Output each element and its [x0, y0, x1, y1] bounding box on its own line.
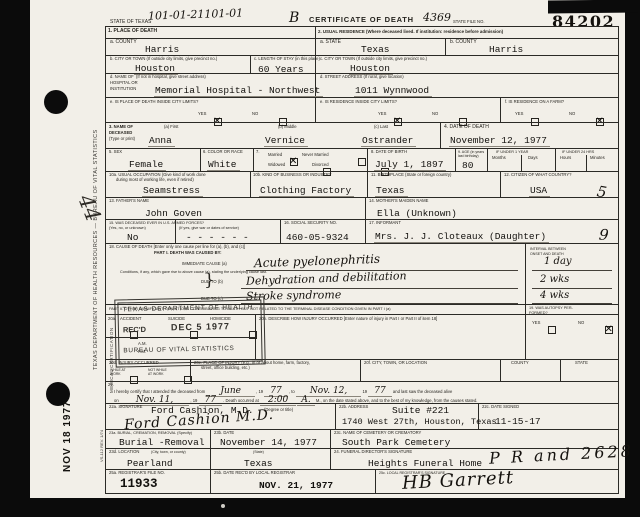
- farm-label: f. IS RESIDENCE ON A FARM?: [505, 100, 564, 105]
- due-to-b-label: DUE TO (b): [201, 280, 223, 285]
- cert-text-1: I hereby certify that I attended the dec…: [114, 389, 205, 394]
- length-of-stay-label: c. LENGTH OF STAY (in this place): [254, 57, 309, 62]
- father-label: 13. FATHER'S NAME: [109, 199, 149, 204]
- autopsy-no-label: NO: [578, 321, 584, 326]
- date-of-death-label: 4. DATE OF DEATH: [444, 125, 489, 131]
- injury-county-label: COUNTY: [511, 361, 529, 366]
- last-name-value: Ostrander: [361, 135, 416, 147]
- hospital-name-note: (If not in hospital, give street address…: [136, 75, 206, 80]
- last-name-label: (c) Last: [374, 125, 388, 130]
- age-label2: last birthday): [458, 154, 479, 158]
- sex-value: Female: [128, 159, 166, 171]
- cause-line-a-value: Acute pyelonephritis: [254, 252, 381, 270]
- interval-c-value: 4 wks: [540, 290, 569, 301]
- res-inside-yes-label: YES: [378, 112, 386, 117]
- mother-label: 14. MOTHER'S MAIDEN NAME: [369, 199, 428, 204]
- married-label: Married: [268, 153, 282, 158]
- hospital-value: Memorial Hospital - Northwest: [154, 85, 323, 97]
- res-county-label: b. COUNTY: [450, 40, 477, 46]
- film-speck: [221, 504, 225, 508]
- not-while-work-label2: AT WORK: [148, 373, 164, 377]
- interval-a-rule: [532, 269, 612, 271]
- ssn-label: 16. SOCIAL SECURITY NO.: [284, 221, 337, 226]
- burial-label: 23a. BURIAL, CREMATION, REMOVAL (Specify…: [109, 431, 192, 435]
- age-value: 80: [462, 160, 473, 171]
- location-label: 23d. LOCATION: [109, 450, 139, 455]
- handwritten-b: B: [289, 10, 300, 26]
- service-dates-value: - - - - - -: [186, 232, 249, 243]
- dob-value: July 1, 1897: [374, 159, 446, 171]
- informant-label: 17. INFORMANT: [369, 221, 401, 226]
- days-label: Days: [528, 156, 538, 161]
- race-label: 6. COLOR OR RACE: [203, 150, 243, 155]
- physician-address-2: 1740 West 27th, Houston, Texas: [342, 417, 497, 427]
- date-of-death-value: November 12, 1977: [449, 135, 550, 147]
- service-dates-note: (If yes, give war or dates of service): [179, 226, 239, 230]
- microfilm-scan: NOV 18 1977 44 TEXAS DEPARTMENT OF HEALT…: [0, 0, 640, 517]
- res-state-label: a. STATE: [320, 40, 341, 46]
- injury-state-label: STATE: [575, 361, 588, 366]
- physician-address-label: 22b. ADDRESS: [339, 405, 368, 410]
- middle-name-label: (b) Middle: [278, 125, 297, 130]
- name-type-note: (Type or print): [109, 137, 135, 142]
- registrar-date-value: NOV. 21, 1977: [259, 480, 333, 491]
- interval-b-rule: [532, 287, 612, 289]
- business-value: Clothing Factory: [259, 185, 354, 197]
- farm-no-label: NO: [569, 112, 575, 117]
- punch-hole-top: [44, 90, 68, 114]
- describe-injury-label: 20b. DESCRIBE HOW INJURY OCCURRED [Enter…: [259, 317, 509, 322]
- burial-date-label: 23b. DATE: [214, 431, 234, 436]
- months-label: Months: [492, 156, 506, 161]
- registrar-date-label: 25b. DATE REC'D BY LOCAL REGISTRAR: [214, 471, 295, 476]
- registrar-signature-script: HB Garrett: [402, 467, 515, 494]
- under-1-year-label: IF UNDER 1 YEAR: [496, 150, 528, 154]
- date-signed-value: 11-15-17: [495, 416, 541, 427]
- stamp-bureau-line: BUREAU OF VITAL STATISTICS: [123, 345, 234, 354]
- received-date-stamp: NOV 18 1977: [62, 400, 73, 472]
- divorced-label: Divorced: [312, 163, 329, 168]
- first-name-value: Anna: [148, 135, 175, 147]
- minutes-label: Minutes: [590, 156, 605, 161]
- dept-of-health-received-stamp: TEXAS DEPARTMENT OF HEALTH REC'D DEC 5 1…: [117, 299, 262, 364]
- street-address-label: d. STREET ADDRESS (If rural, give locati…: [320, 75, 404, 80]
- birthplace-value: Texas: [375, 185, 408, 197]
- never-married-label: Never Married: [302, 153, 329, 158]
- months-days-divider: [521, 155, 522, 172]
- citizen-label: 12. CITIZEN OF WHAT COUNTRY?: [504, 173, 571, 178]
- place-of-death-title: 1. PLACE OF DEATH: [108, 29, 157, 35]
- injury-city-label: 20f. CITY, TOWN, OR LOCATION: [364, 361, 427, 366]
- res-inside-no-label: NO: [432, 112, 438, 117]
- citizen-value: USA: [529, 185, 550, 197]
- autopsy-label: 19. WAS AUTOPSY PER-: [529, 306, 573, 310]
- under-24hrs-label: IF UNDER 24 HRS: [562, 150, 594, 154]
- cause-line-b-value: Dehydration and debilitation: [246, 269, 407, 288]
- certificate-form: 1. PLACE OF DEATH 2. USUAL RESIDENCE (Wh…: [105, 26, 619, 494]
- res-city-label: c. CITY OR TOWN (If outside city limits,…: [320, 57, 427, 62]
- business-label: 10b. KIND OF BUSINESS OR INDUSTRY: [253, 173, 332, 178]
- location-state-note: (State): [253, 450, 264, 454]
- physician-signature-label: 22a. SIGNATURE: [109, 405, 142, 410]
- state-of-texas-label: STATE OF TEXAS: [110, 20, 151, 26]
- immediate-cause-label: IMMEDIATE CAUSE (a): [182, 262, 227, 267]
- widowed-label: Widowed: [268, 163, 285, 168]
- cert-yr1: , 19: [256, 389, 263, 394]
- conditions-note: Conditions, if any, which gave rise to a…: [120, 270, 180, 274]
- pod-inside-limits-label: e. IS PLACE OF DEATH INSIDE CITY LIMITS?: [110, 100, 198, 105]
- location-city-note: (City, town, or county): [151, 450, 186, 454]
- interval-header: INTERVAL BETWEEN: [530, 247, 566, 251]
- dob-label: 8. DATE OF BIRTH: [371, 150, 407, 155]
- funeral-director-label: 24. FUNERAL DIRECTOR'S SIGNATURE: [334, 450, 412, 455]
- place-of-injury-label2: street, office building, etc.): [201, 366, 250, 371]
- date-signed-label: 22c. DATE SIGNED: [482, 405, 519, 410]
- street-address-value: 1011 Wynnwood: [354, 85, 432, 97]
- stamp-recd-label: REC'D: [123, 325, 146, 334]
- occupation-value: Seamstress: [142, 185, 203, 197]
- physician-address-1: Suite #221: [392, 405, 449, 416]
- cert-item-number: 21.: [108, 383, 114, 388]
- res-inside-limits-label: e. IS RESIDENCE INSIDE CITY LIMITS?: [320, 100, 397, 105]
- cert-yr2: 19: [362, 389, 367, 394]
- marital-label: 7.: [256, 150, 260, 155]
- usual-residence-title: 2. USUAL RESIDENCE (Where deceased lived…: [318, 29, 503, 34]
- hospital-name-label3: INSTITUTION: [110, 87, 136, 92]
- registrar-file-value: 11933: [120, 477, 158, 491]
- interval-a-value: 1 day: [544, 256, 572, 267]
- birthplace-label: 11. BIRTHPLACE (State or foreign country…: [371, 173, 451, 178]
- handwritten-file-no: 4369: [423, 11, 451, 24]
- registrar-file-label: 25a. REGISTRAR'S FILE NO.: [109, 471, 165, 476]
- hours-label: Hours: [560, 156, 571, 161]
- informant-value: Mrs. J. J. Cloteaux (Daughter): [374, 231, 549, 243]
- cemetery-label: 23c. NAME OF CEMETERY OR CREMATORY: [334, 431, 421, 436]
- autopsy-no-checkbox: [605, 326, 613, 334]
- pod-city-label: b. CITY OR TOWN (If outside city limits,…: [110, 57, 217, 62]
- cert-to-word: , to: [289, 389, 295, 394]
- first-name-label: (a) First: [164, 125, 178, 130]
- occupation-label2: during most of working life, even if ret…: [116, 178, 194, 183]
- cert-text-2: and last saw the deceased alive: [393, 389, 452, 394]
- farm-yes-label: YES: [515, 112, 523, 117]
- part1-label: PART I. DEATH WAS CAUSED BY:: [154, 251, 221, 256]
- race-value: White: [207, 159, 240, 171]
- married-checkbox: [290, 158, 298, 166]
- form-number-side-text: VS-112 REV. 1/74: [100, 430, 105, 462]
- interval-b-value: 2 wks: [540, 274, 569, 285]
- agency-side-text: TEXAS DEPARTMENT OF HEALTH RESOURCES — B…: [93, 129, 99, 370]
- stamp-agency-line: TEXAS DEPARTMENT OF HEALTH: [122, 304, 253, 314]
- while-at-work-label2: WORK: [110, 373, 121, 377]
- pod-inside-no-label: NO: [252, 112, 258, 117]
- armed-forces-note: (Yes, no, or unknown): [109, 226, 146, 230]
- autopsy-yes-checkbox: [548, 326, 556, 334]
- sex-label: 5. SEX: [109, 150, 122, 155]
- state-file-no-label: STATE FILE NO.: [453, 20, 485, 25]
- stamp-date: DEC 5 1977: [171, 321, 230, 332]
- autopsy-yes-label: YES: [532, 321, 540, 326]
- pod-county-label: a. COUNTY: [110, 40, 137, 46]
- middle-name-value: Vernice: [264, 135, 308, 147]
- never-married-checkbox: [358, 158, 366, 166]
- pod-inside-yes-label: YES: [198, 112, 206, 117]
- hours-minutes-divider: [586, 155, 587, 172]
- injury-20a-label: 20a.: [108, 317, 116, 322]
- certificate-title: CERTIFICATE OF DEATH: [309, 16, 414, 25]
